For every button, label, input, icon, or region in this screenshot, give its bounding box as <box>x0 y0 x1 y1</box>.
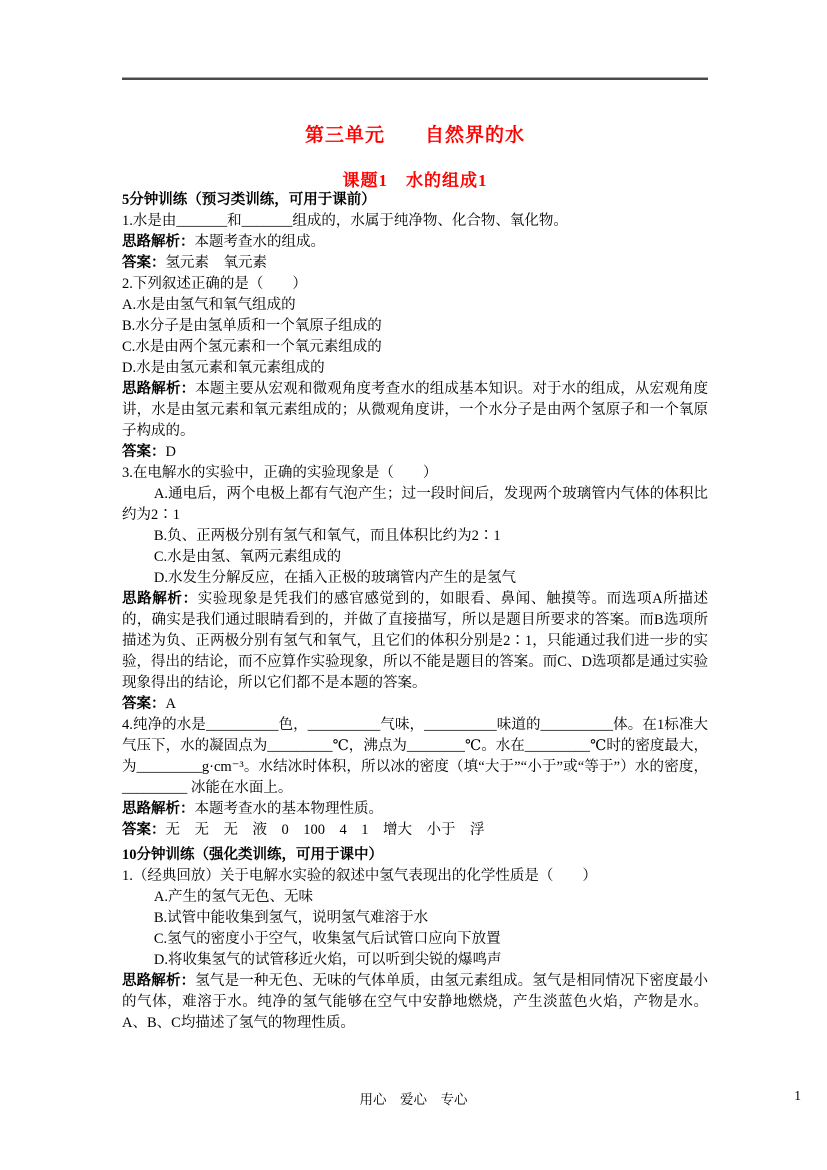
analysis-4: 思路解析：本题考查水的基本物理性质。 <box>122 799 708 820</box>
answer-3-text: A <box>166 696 176 712</box>
option-text: D.水发生分解反应，在插入正极的玻璃管内产生的是氢气 <box>154 570 516 586</box>
document-body: 5分钟训练（预习类训练，可用于课前） 1.水是由_______和_______组… <box>122 190 708 1034</box>
answer-label: 答案： <box>122 822 166 838</box>
option-text: D.将收集氢气的试管移近火焰，可以听到尖锐的爆鸣声 <box>154 952 502 968</box>
answer-4: 答案：无 无 无 液 0 100 4 1 增大 小于 浮 <box>122 820 708 841</box>
answer-2-text: D <box>166 444 176 460</box>
footer-motto: 用心 爱心 专心 <box>0 1088 827 1108</box>
analysis-5-text: 氢气是一种无色、无味的气体单质，由氢元素组成。氢气是相同情况下密度最小的气体，难… <box>122 973 708 1031</box>
question-2-option-d: D.水是由氢元素和氧元素组成的 <box>122 358 708 379</box>
question-4: 4.纯净的水是__________色，__________气味，________… <box>122 715 708 799</box>
page-title: 第三单元 自然界的水 <box>122 120 708 147</box>
question-2: 2.下列叙述正确的是（ ） <box>122 274 708 295</box>
analysis-5: 思路解析：氢气是一种无色、无味的气体单质，由氢元素组成。氢气是相同情况下密度最小… <box>122 971 708 1034</box>
question-3: 3.在电解水的实验中，正确的实验现象是（ ） <box>122 463 708 484</box>
analysis-1: 思路解析：本题考查水的组成。 <box>122 232 708 253</box>
question-3-option-b: B.负、正两极分别有氢气和氧气，而且体积比约为2∶1 <box>122 526 708 547</box>
option-text: C.水是由两个氢元素和一个氧元素组成的 <box>122 339 382 355</box>
question-2-option-a: A.水是由氢气和氧气组成的 <box>122 295 708 316</box>
analysis-label: 思路解析： <box>122 381 195 397</box>
question-5-text: 1.（经典回放）关于电解水实验的叙述中氢气表现出的化学性质是（ ） <box>122 868 597 884</box>
question-3-option-d: D.水发生分解反应，在插入正极的玻璃管内产生的是氢气 <box>122 568 708 589</box>
question-1-text: 1.水是由_______和_______组成的，水属于纯净物、化合物、氧化物。 <box>122 213 568 229</box>
answer-1: 答案：氢元素 氧元素 <box>122 253 708 274</box>
analysis-label: 思路解析： <box>122 591 198 607</box>
question-3-option-c: C.水是由氢、氧两元素组成的 <box>122 547 708 568</box>
analysis-2: 思路解析：本题主要从宏观和微观角度考查水的组成基本知识。对于水的组成，从宏观角度… <box>122 379 708 442</box>
question-5-option-a: A.产生的氢气无色、无味 <box>122 887 708 908</box>
option-text: A.通电后，两个电极上都有气泡产生；过一段时间后，发现两个玻璃管内气体的体积比约… <box>122 486 708 523</box>
question-1: 1.水是由_______和_______组成的，水属于纯净物、化合物、氧化物。 <box>122 211 708 232</box>
question-4-text: 4.纯净的水是__________色，__________气味，________… <box>122 717 708 796</box>
page-subtitle: 课题1 水的组成1 <box>122 166 708 191</box>
answer-label: 答案： <box>122 444 166 460</box>
answer-1-text: 氢元素 氧元素 <box>166 255 268 271</box>
analysis-label: 思路解析： <box>122 801 195 817</box>
analysis-3-text: 实验现象是凭我们的感官感觉到的，如眼看、鼻闻、触摸等。而选项A所描述的，确实是我… <box>122 591 708 691</box>
footer-page-number: 1 <box>794 1088 801 1104</box>
question-5: 1.（经典回放）关于电解水实验的叙述中氢气表现出的化学性质是（ ） <box>122 866 708 887</box>
answer-4-text: 无 无 无 液 0 100 4 1 增大 小于 浮 <box>166 822 485 838</box>
answer-3: 答案：A <box>122 694 708 715</box>
analysis-label: 思路解析： <box>122 973 195 989</box>
question-2-option-c: C.水是由两个氢元素和一个氧元素组成的 <box>122 337 708 358</box>
option-text: D.水是由氢元素和氧元素组成的 <box>122 360 325 376</box>
question-5-option-b: B.试管中能收集到氢气，说明氢气难溶于水 <box>122 908 708 929</box>
question-5-option-d: D.将收集氢气的试管移近火焰，可以听到尖锐的爆鸣声 <box>122 950 708 971</box>
question-2-text: 2.下列叙述正确的是（ ） <box>122 276 307 292</box>
analysis-3: 思路解析：实验现象是凭我们的感官感觉到的，如眼看、鼻闻、触摸等。而选项A所描述的… <box>122 589 708 694</box>
section-heading-5min: 5分钟训练（预习类训练，可用于课前） <box>122 190 708 211</box>
option-text: A.水是由氢气和氧气组成的 <box>122 297 296 313</box>
analysis-4-text: 本题考查水的基本物理性质。 <box>195 801 384 817</box>
option-text: C.氢气的密度小于空气，收集氢气后试管口应向下放置 <box>154 931 501 947</box>
option-text: C.水是由氢、氧两元素组成的 <box>154 549 341 565</box>
option-text: A.产生的氢气无色、无味 <box>154 889 313 905</box>
analysis-label: 思路解析： <box>122 234 195 250</box>
analysis-1-text: 本题考查水的组成。 <box>195 234 326 250</box>
question-5-option-c: C.氢气的密度小于空气，收集氢气后试管口应向下放置 <box>122 929 708 950</box>
question-3-option-a: A.通电后，两个电极上都有气泡产生；过一段时间后，发现两个玻璃管内气体的体积比约… <box>122 484 708 526</box>
option-text: B.负、正两极分别有氢气和氧气，而且体积比约为2∶1 <box>154 528 501 544</box>
option-text: B.水分子是由氢单质和一个氧原子组成的 <box>122 318 382 334</box>
analysis-2-text: 本题主要从宏观和微观角度考查水的组成基本知识。对于水的组成，从宏观角度讲，水是由… <box>122 381 708 439</box>
answer-label: 答案： <box>122 255 166 271</box>
header-rule <box>122 77 708 80</box>
option-text: B.试管中能收集到氢气，说明氢气难溶于水 <box>154 910 428 926</box>
answer-2: 答案：D <box>122 442 708 463</box>
section-heading-10min: 10分钟训练（强化类训练，可用于课中） <box>122 845 708 866</box>
question-2-option-b: B.水分子是由氢单质和一个氧原子组成的 <box>122 316 708 337</box>
question-3-text: 3.在电解水的实验中，正确的实验现象是（ ） <box>122 465 437 481</box>
answer-label: 答案： <box>122 696 166 712</box>
